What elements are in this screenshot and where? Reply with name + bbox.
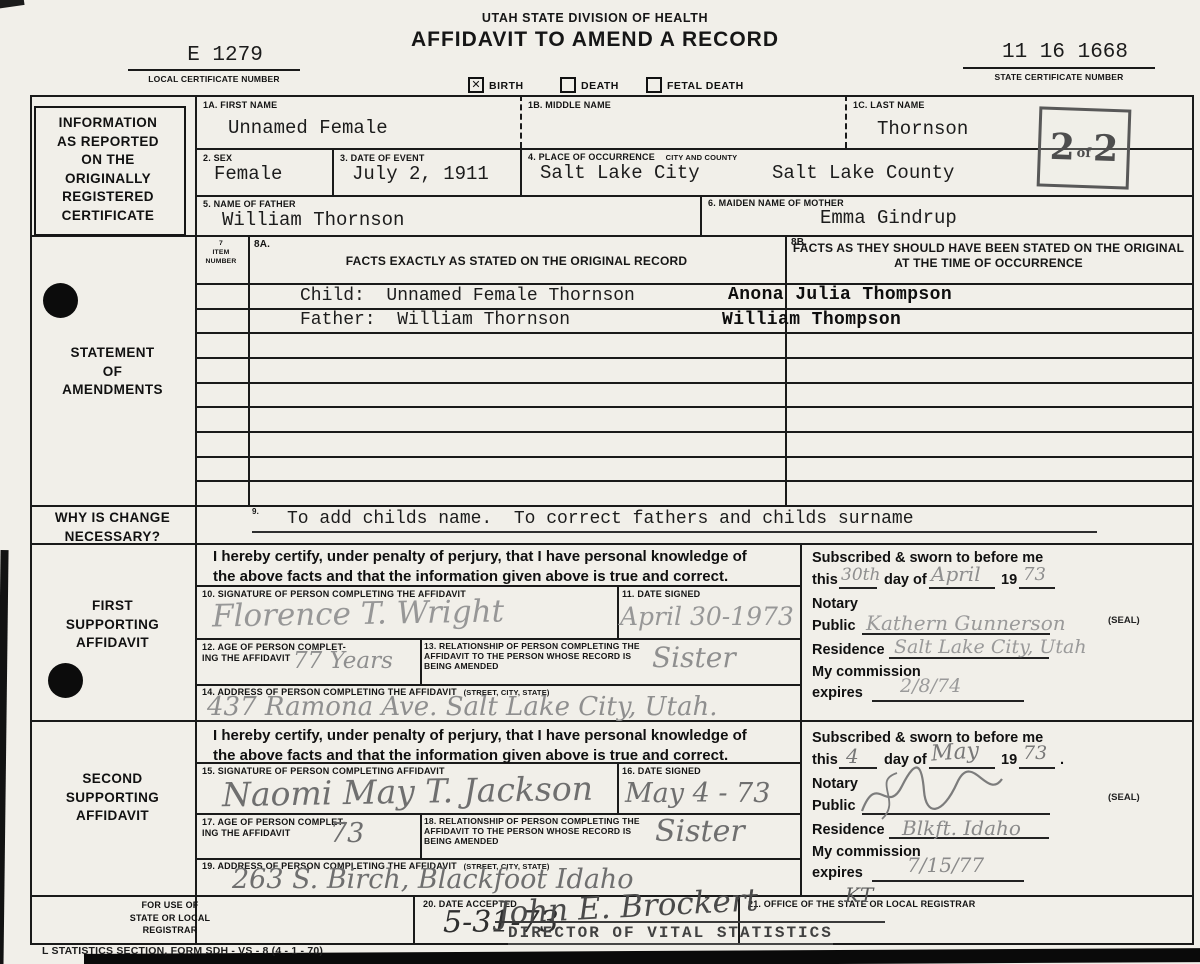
signature-value: Florence T. Wright [212,593,505,634]
grid-line [785,235,787,505]
relationship-value: Sister [652,641,736,674]
grid-line [413,895,415,943]
date-signed-label: 16. DATE SIGNED [622,766,701,777]
age-label: 17. AGE OF PERSON COMPLET- ING THE AFFID… [202,817,346,839]
col-8b-header: FACTS AS THEY SHOULD HAVE BEEN STATED ON… [785,241,1192,271]
blank-line [839,587,877,589]
address-value: 437 Ramona Ave. Salt Lake City, Utah. [207,692,718,722]
place-county-value: Salt Lake County [772,162,954,184]
notary-sworn-text: Subscribed & sworn to before me [812,551,1043,566]
mother-name-value: Emma Gindrup [820,207,957,229]
notary-expires-label: expires [812,866,863,881]
state-certificate-number: 11 16 1668 [975,41,1155,64]
fetal-death-checkbox-label: FETAL DEATH [667,81,744,92]
blank-line [1019,587,1055,589]
registrar-initials: KT [845,883,873,907]
item-number-header: 7 ITEM NUMBER [196,240,246,266]
why-change-text: To add childs name. To correct fathers a… [287,509,914,529]
father-name-value: William Thornson [222,209,404,231]
grid-line [420,813,422,858]
notary-residence-value: Salt Lake City, Utah [894,636,1087,658]
notary-expires-label: expires [812,686,863,701]
last-name-value: Thornson [877,118,968,140]
notary-signature-scribble [852,761,1022,821]
relationship-value: Sister [655,814,745,849]
address-value: 263 S. Birch, Blackfoot Idaho [232,864,634,895]
notary-period: . [1060,753,1064,768]
date-signed-label: 11. DATE SIGNED [622,589,700,600]
place-label-sub: CITY AND COUNTY [666,153,738,162]
place-label-main: 4. PLACE OF OCCURRENCE [528,152,655,162]
notary-residence-label: Residence [812,823,885,838]
sidebar-amendments-label: STATEMENT OF AMENDMENTS [30,344,195,400]
birth-checkbox: ✕ [468,77,484,93]
seal-label-second: (SEAL) [1108,793,1140,803]
grid-line [420,638,422,684]
grid-line [195,95,197,945]
date-signed-value: May 4 - 73 [625,778,770,809]
notary-block-first: Subscribed & sworn to before me this 30t… [812,551,1190,716]
amendment-row-corrected: William Thompson [722,310,901,330]
grid-line [30,235,1194,237]
grid-line [195,480,1194,482]
notary-month-value: April [931,562,981,586]
birth-checkbox-label: BIRTH [489,81,524,92]
grid-line [195,431,1194,433]
state-certificate-label: STATE CERTIFICATE NUMBER [963,72,1155,82]
grid-line [617,585,619,638]
punch-hole-top [43,283,78,318]
date-signed-value: April 30-1973 [620,602,794,631]
notary-day-value: 30th [841,565,880,585]
agency-name: UTAH STATE DIVISION OF HEALTH [0,12,1190,25]
grid-line [700,195,702,235]
notary-year-value: 73 [1023,564,1046,585]
form-number: L STATISTICS SECTION, FORM SDH - VS - 8 … [42,946,323,957]
notary-this-label: this [812,573,838,588]
notary-commission-label: My commission [812,845,921,860]
sex-value: Female [214,163,282,185]
place-city-value: Salt Lake City [540,162,700,184]
punch-hole-bottom [48,663,83,698]
page-stamp-of: of [1076,145,1091,160]
first-name-value: Unnamed Female [228,117,388,139]
col-8a-number: 8A. [254,239,270,251]
grid-line [195,858,802,860]
notary-expires-value: 7/15/77 [907,853,984,877]
scan-artifact-top-left [0,0,25,9]
grid-line [195,382,1194,384]
grid-line [1192,95,1194,945]
fetal-death-checkbox [646,77,662,93]
notary-block-second: Subscribed & sworn to before me this 4 d… [812,731,1190,891]
director-stamp: DIRECTOR OF VITAL STATISTICS [508,925,833,945]
grid-line [800,543,802,895]
why-change-item-number: 9. [252,507,259,517]
page-stamp: 2 of 2 [1037,106,1132,189]
notary-year-value: 73 [1023,742,1047,764]
seal-label-first: (SEAL) [1108,616,1140,626]
notary-this-label: this [812,753,838,768]
grid-line [30,505,1194,507]
notary-label: Notary [812,597,858,612]
grid-line [30,543,1194,545]
signature-value: Naomi May T. Jackson [222,769,594,814]
notary-century-label: 19 [1001,573,1017,588]
grid-line [195,638,802,640]
signature-line [495,921,885,923]
notary-expires-value: 2/8/74 [900,675,961,697]
age-value: 77 Years [293,648,393,674]
grid-line [195,357,1194,359]
notary-public-label: Public [812,619,856,634]
grid-line [332,148,334,195]
grid-line [195,332,1194,334]
relationship-label: 13. RELATIONSHIP OF PERSON COMPLETING TH… [424,641,640,672]
middle-name-label: 1B. MIDDLE NAME [528,100,611,111]
sidebar-registrar-use-label: FOR USE OF STATE OR LOCAL REGISTRAR [85,899,255,937]
grid-line [845,95,847,148]
grid-line [963,67,1155,69]
grid-line [520,95,522,148]
local-certificate-number: E 1279 [150,44,300,67]
sidebar-original-info-label: INFORMATION AS REPORTED ON THE ORIGINALL… [36,114,180,225]
certification-text: I hereby certify, under penalty of perju… [213,547,798,587]
notary-residence-label: Residence [812,643,885,658]
amendment-row-original: Father: William Thornson [300,310,570,330]
local-certificate-label: LOCAL CERTIFICATE NUMBER [128,74,300,84]
grid-line [195,195,1194,197]
sidebar-second-affidavit-label: SECOND SUPPORTING AFFIDAVIT [30,770,195,826]
blank-line [1019,767,1055,769]
first-name-label: 1A. FIRST NAME [203,100,277,111]
sidebar-first-affidavit-label: FIRST SUPPORTING AFFIDAVIT [30,597,195,653]
col-8a-header: FACTS EXACTLY AS STATED ON THE ORIGINAL … [248,254,785,269]
blank-line [872,880,1024,882]
date-of-event-value: July 2, 1911 [352,163,489,185]
certification-text: I hereby certify, under penalty of perju… [213,726,798,766]
grid-line [195,684,802,686]
scanned-affidavit-document: UTAH STATE DIVISION OF HEALTH AFFIDAVIT … [0,0,1200,964]
writing-line [252,531,1097,533]
age-value: 73 [330,818,364,849]
notary-residence-value: Blkft. Idaho [902,816,1021,840]
notary-public-label: Public [812,799,856,814]
amendment-row-original: Child: Unnamed Female Thornson [300,286,635,306]
grid-line [248,235,250,505]
sidebar-why-change-label: WHY IS CHANGE NECESSARY? [30,509,195,546]
death-checkbox-label: DEATH [581,81,619,92]
grid-line [195,406,1194,408]
grid-line [617,762,619,813]
blank-line [872,700,1024,702]
page-stamp-num1: 2 [1049,126,1076,169]
notary-dayof-label: day of [884,573,927,588]
death-checkbox [560,77,576,93]
grid-line [195,283,1194,285]
amendment-row-corrected: Anona Julia Thompson [728,285,952,305]
last-name-label: 1C. LAST NAME [853,100,925,111]
relationship-label: 18. RELATIONSHIP OF PERSON COMPLETING TH… [424,816,640,847]
notary-name-value: Kathern Gunnerson [866,611,1066,635]
grid-line [520,148,522,195]
grid-line [30,95,1194,97]
page-stamp-num2: 2 [1092,127,1119,170]
blank-line [929,587,995,589]
scan-artifact-left-edge [0,550,9,964]
grid-line [195,456,1194,458]
grid-line [128,69,300,71]
